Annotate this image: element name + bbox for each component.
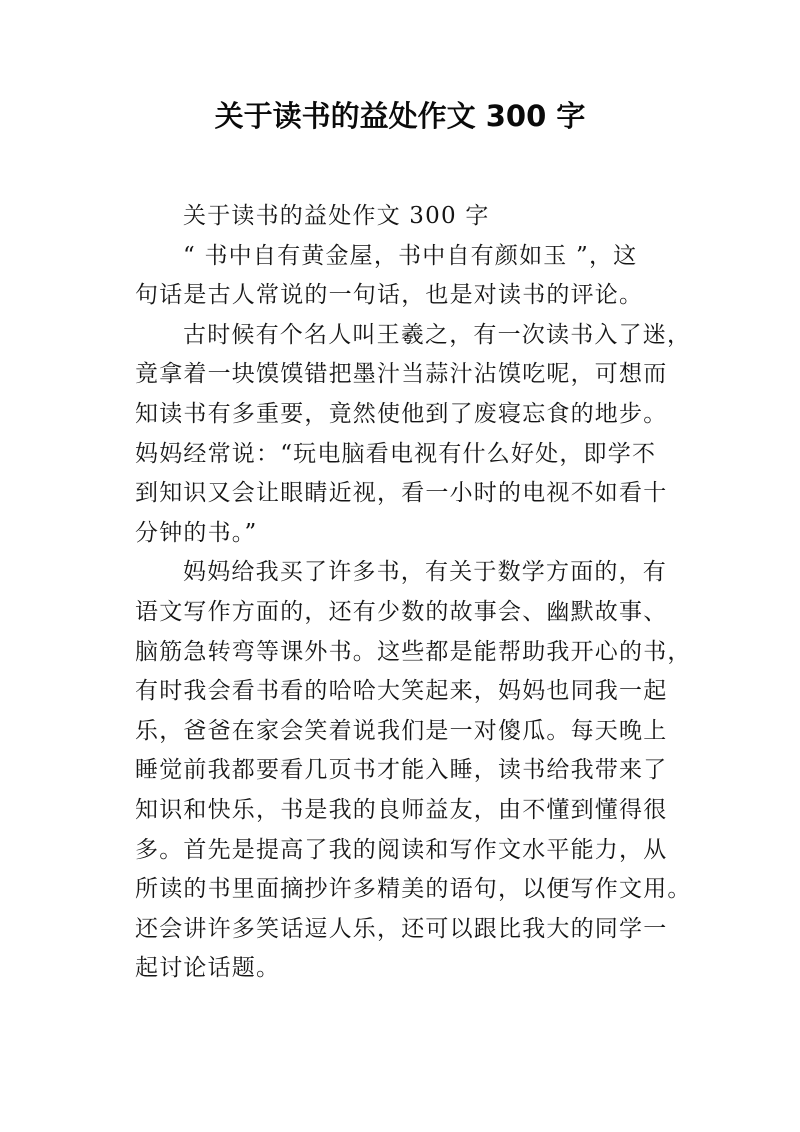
essay-line: 有时我会看书看的哈哈大笑起来，妈妈也同我一起 [135, 672, 695, 712]
essay-line: 所读的书里面摘抄许多精美的语句，以便写作文用。 [135, 870, 695, 910]
essay-line: 句话是古人常说的一句话，也是对读书的评论。 [135, 276, 695, 316]
essay-line: 语文写作方面的，还有少数的故事会、幽默故事、 [135, 593, 695, 633]
essay-line: 睡觉前我都要看几页书才能入睡，读书给我带来了 [135, 751, 695, 791]
essay-line: 乐，爸爸在家会笑着说我们是一对傻瓜。每天晚上 [135, 712, 695, 752]
essay-line: 脑筋急转弯等课外书。这些都是能帮助我开心的书， [135, 633, 695, 673]
essay-body: 关于读书的益处作文 300 字 “ 书中自有黄金屋，书中自有颜如玉 ”，这 句话… [135, 197, 695, 989]
essay-line: 竟拿着一块馍馍错把墨汁当蒜汁沾馍吃呢，可想而 [135, 355, 695, 395]
essay-line: 还会讲许多笑话逗人乐，还可以跟比我大的同学一 [135, 910, 695, 950]
essay-line: 到知识又会让眼睛近视，看一小时的电视不如看十 [135, 474, 695, 514]
essay-line: 古时候有个名人叫王羲之，有一次读书入了迷， [135, 316, 695, 356]
essay-line: 知读书有多重要，竟然使他到了废寝忘食的地步。 [135, 395, 695, 435]
essay-subtitle-line: 关于读书的益处作文 300 字 [135, 197, 695, 237]
essay-line: 妈妈经常说：“玩电脑看电视有什么好处，即学不 [135, 435, 695, 475]
essay-line: 知识和快乐，书是我的良师益友，由不懂到懂得很 [135, 791, 695, 831]
page-title: 关于读书的益处作文 300 字 [0, 96, 800, 136]
essay-line: 分钟的书。” [135, 514, 695, 554]
essay-line: “ 书中自有黄金屋，书中自有颜如玉 ”，这 [135, 237, 695, 277]
essay-line: 妈妈给我买了许多书，有关于数学方面的，有 [135, 553, 695, 593]
essay-line: 起讨论话题。 [135, 949, 695, 989]
essay-line: 多。首先是提高了我的阅读和写作文水平能力，从 [135, 831, 695, 871]
